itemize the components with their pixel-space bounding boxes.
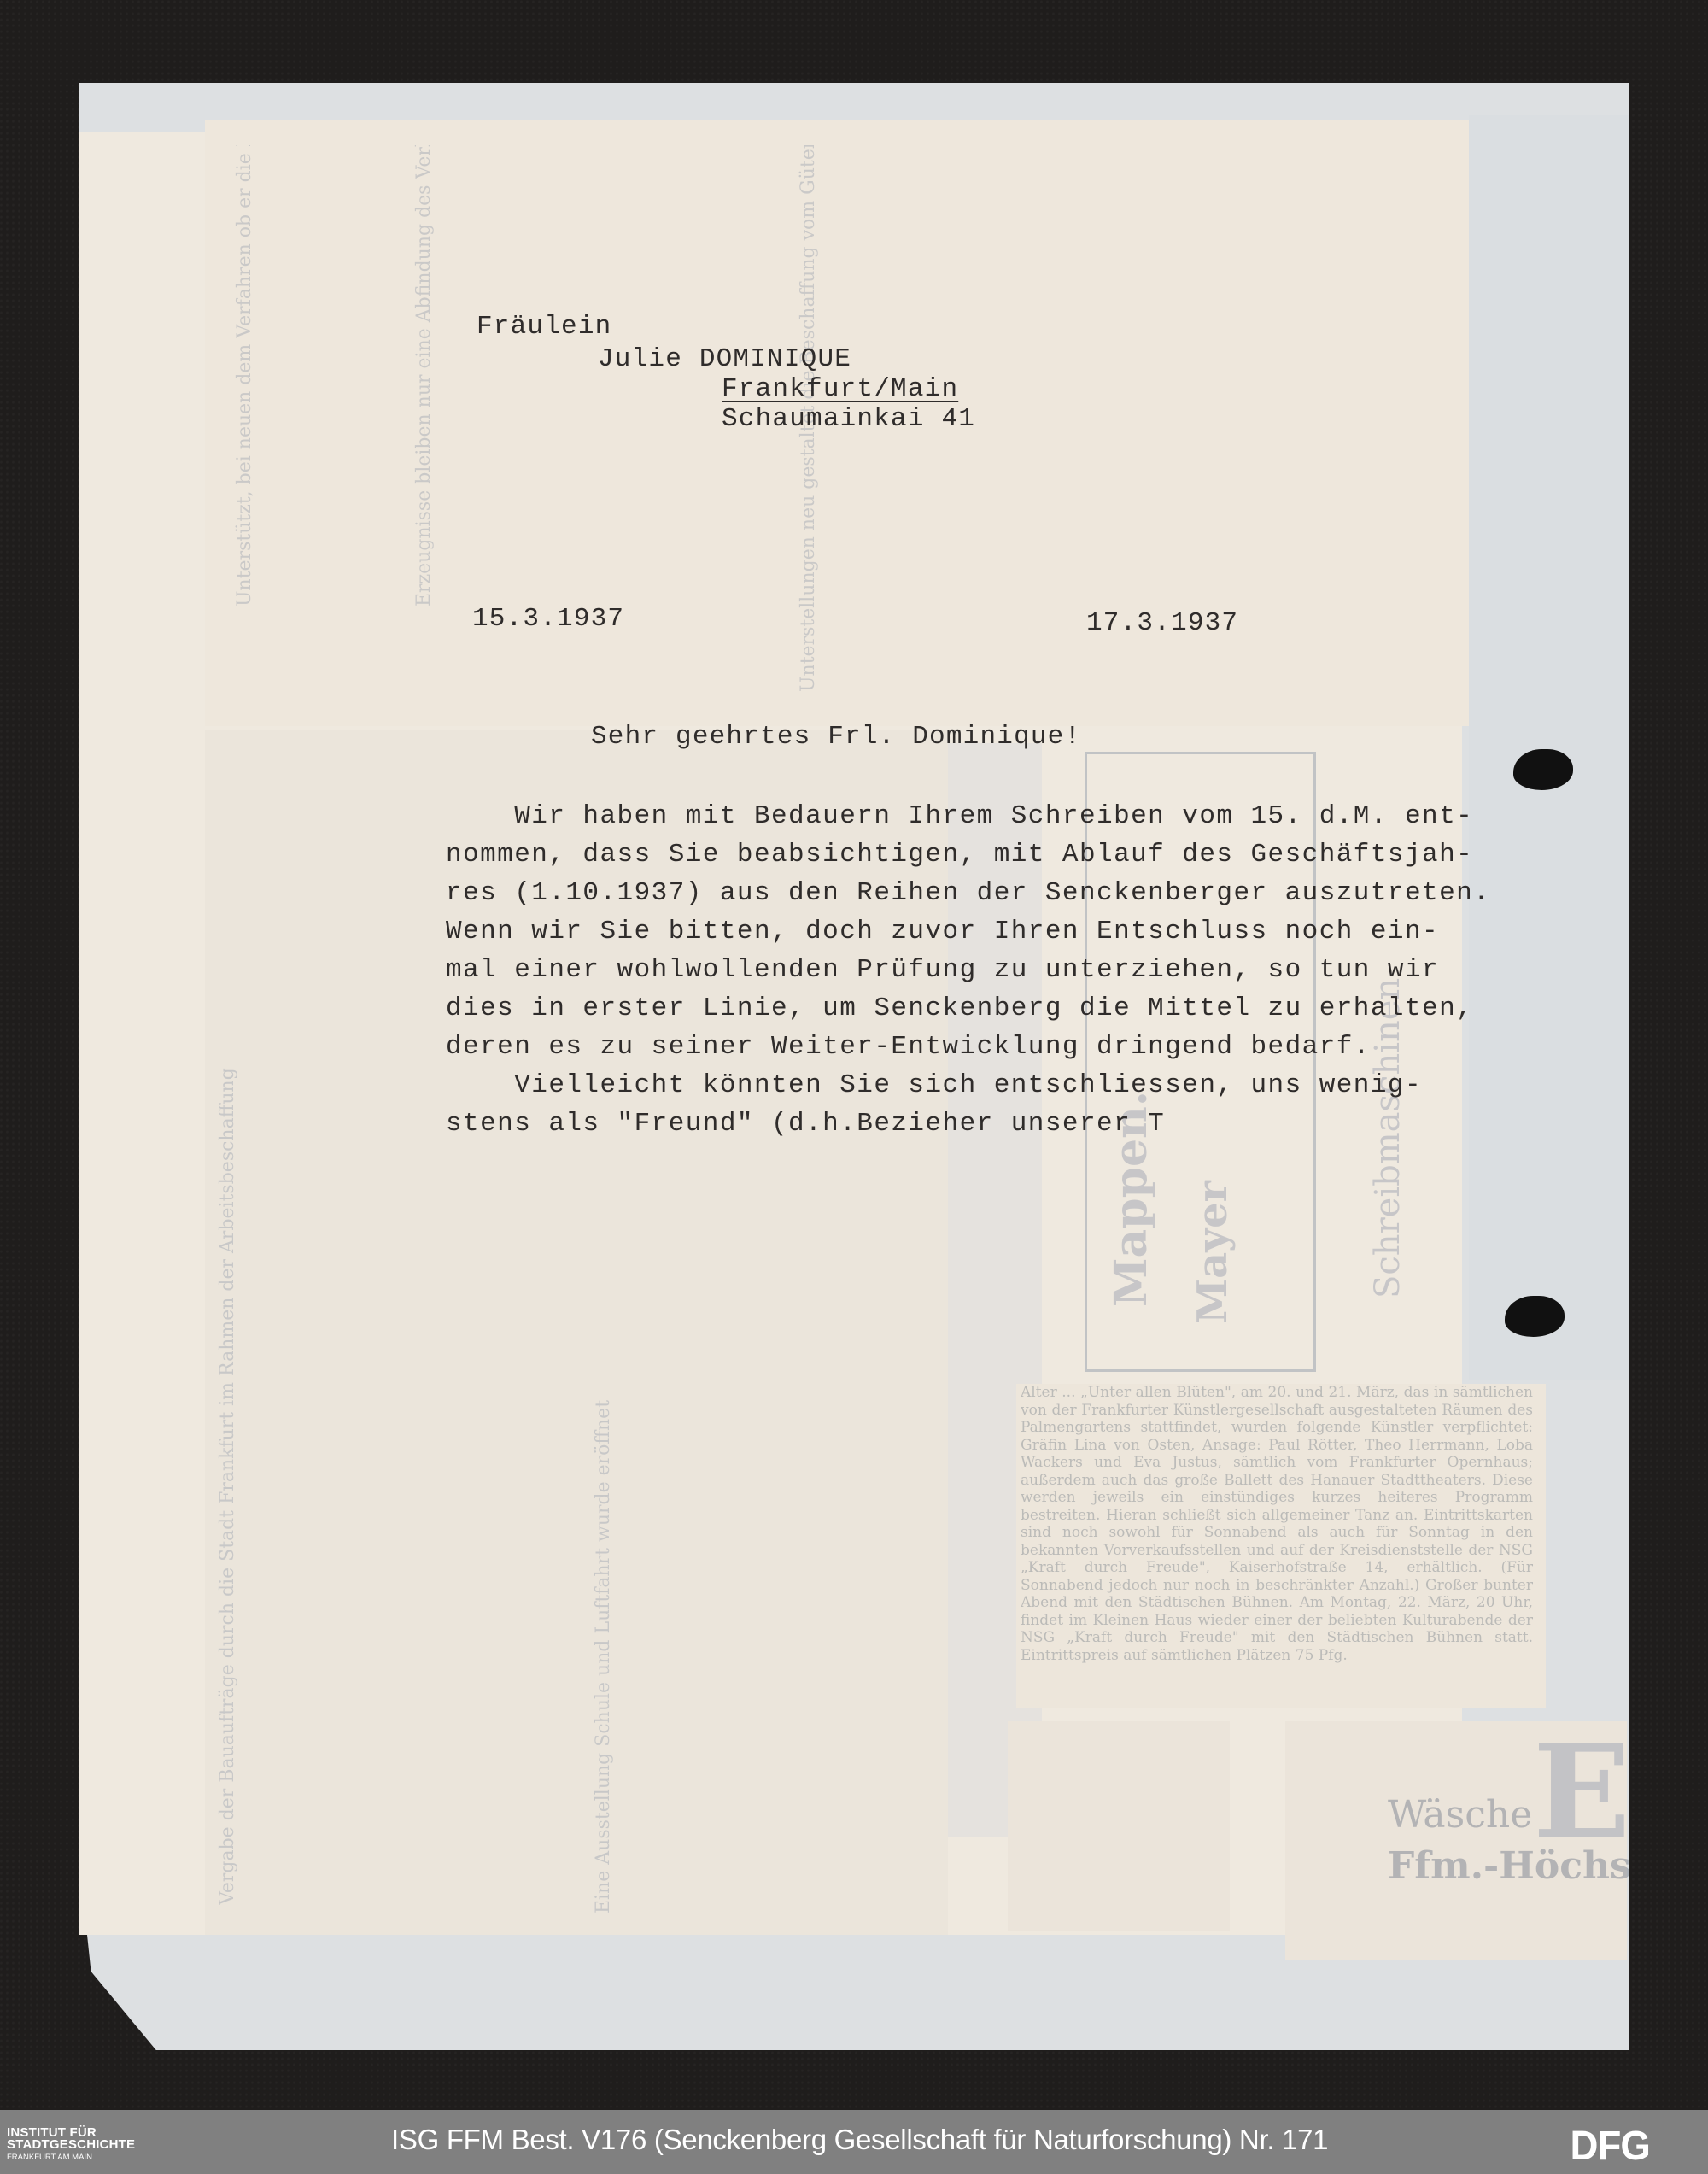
bleed-notice-text: Alter ... „Unter allen Blüten", am 20. u… <box>1021 1384 1533 1700</box>
recipient-street: Schaumainkai 41 <box>722 404 975 434</box>
archive-reference-title: ISG FFM Best. V176 (Senckenberg Gesellsc… <box>391 2124 1328 2156</box>
body-line: Wir haben mit Bedauern Ihrem Schreiben v… <box>446 801 1473 831</box>
body-line: deren es zu seiner Weiter-Entwicklung dr… <box>446 1032 1371 1062</box>
punch-hole-bottom <box>1505 1296 1565 1337</box>
recipient-salutation: Fräulein <box>477 312 611 342</box>
body-line: res (1.10.1937) aus den Reihen der Senck… <box>446 878 1490 908</box>
logo-line: FRANKFURT AM MAIN <box>7 2152 135 2164</box>
bleed-column: Unterstützt, bei neuen dem Verfahren ob … <box>231 145 401 606</box>
body-line: Vielleicht könnten Sie sich entschliesse… <box>446 1070 1422 1100</box>
body-line: Wenn wir Sie bitten, doch zuvor Ihren En… <box>446 917 1439 946</box>
institut-stadtgeschichte-logo: INSTITUT FÜR STADTGESCHICHTE FRANKFURT A… <box>7 2127 135 2164</box>
bleed-ad-text: Schreibmaschinen <box>1366 752 1469 1298</box>
bleed-ad-wasche: Wäsche Ffm.-Höchs <box>1388 1790 1631 1892</box>
newspaper-clipping-ad-left <box>1008 1721 1230 1931</box>
bleed-column: Eine Ausstellung Schule und Luftfahrt wu… <box>589 1333 948 1913</box>
body-line: stens als "Freund" (d.h.Bezieher unserer… <box>446 1109 1165 1139</box>
archive-footer-bar: INSTITUT FÜR STADTGESCHICHTE FRANKFURT A… <box>0 2110 1708 2174</box>
letter-greeting: Sehr geehrtes Frl. Dominique! <box>591 722 1081 752</box>
body-line: mal einer wohlwollenden Prüfung zu unter… <box>446 955 1439 985</box>
letter-date: 17.3.1937 <box>1086 608 1238 638</box>
logo-line: STADTGESCHICHTE <box>7 2139 135 2151</box>
recipient-name: Julie DOMINIQUE <box>598 344 851 374</box>
bleed-ad-line: Ffm.-Höchs <box>1388 1841 1631 1892</box>
body-line: nommen, dass Sie beabsichtigen, mit Abla… <box>446 840 1473 870</box>
reference-date: 15.3.1937 <box>472 604 624 634</box>
body-line: dies in erster Linie, um Senckenberg die… <box>446 993 1473 1023</box>
tissue-overlay-right <box>1469 115 1629 1380</box>
bleed-ad-line: Wäsche <box>1388 1790 1631 1841</box>
dfg-logo: DFG <box>1570 2126 1649 2167</box>
punch-hole-top <box>1513 749 1573 790</box>
recipient-city: Frankfurt/Main <box>722 374 958 404</box>
